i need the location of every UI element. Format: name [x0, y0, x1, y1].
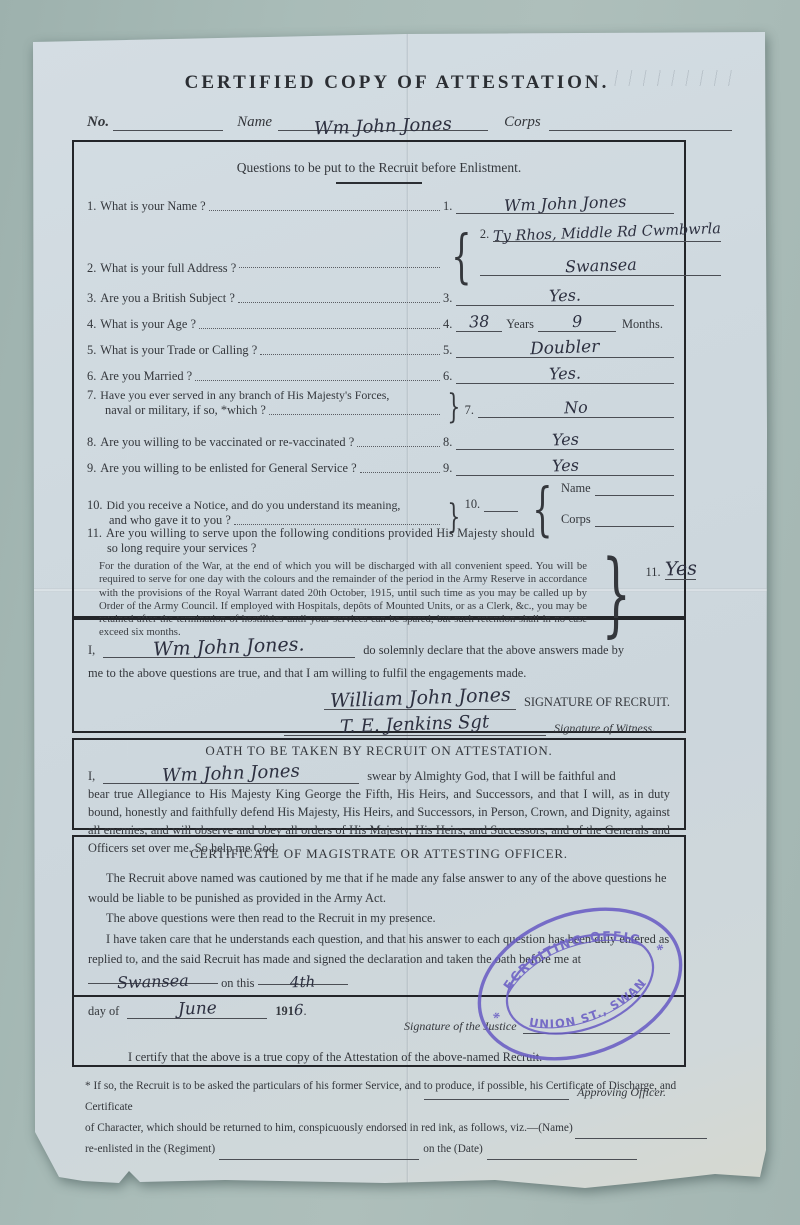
witness-sig-label: Signature of Witness. — [554, 721, 655, 736]
cert-day-value: 4th — [290, 970, 316, 995]
a1-value: Wm John Jones — [504, 192, 627, 215]
a2-line2: Swansea — [480, 256, 721, 276]
dotted-leader — [238, 302, 440, 303]
q6-text: Are you Married ? — [100, 369, 192, 384]
a10-number: 10. — [465, 497, 481, 512]
oath-name-value: Wm John Jones — [162, 761, 300, 787]
a10-name-label: Name — [561, 481, 591, 496]
cert-month-line: June — [127, 999, 267, 1019]
a1-number: 1. — [443, 199, 452, 214]
q10-text1: Did you receive a Notice, and do you und… — [107, 498, 401, 513]
day-of-label: day of — [88, 1004, 119, 1019]
on-this-label: on this — [221, 976, 254, 990]
decl-name-line: Wm John Jones. — [103, 636, 355, 658]
name-line: Wm John Jones — [278, 116, 488, 131]
page-title: CERTIFIED COPY OF ATTESTATION. — [25, 72, 769, 94]
footnote: * If so, the Recruit is to be asked the … — [85, 1076, 707, 1160]
a3-line: Yes. — [456, 286, 674, 306]
questions-section: Questions to be put to the Recruit befor… — [72, 140, 686, 618]
a11-value: Yes — [664, 557, 697, 580]
q6-number: 6. — [87, 369, 96, 384]
q8-number: 8. — [87, 435, 96, 450]
attestation-form-paper: CERTIFIED COPY OF ATTESTATION. No. Name … — [25, 30, 769, 1195]
question-row-1: 1.What is your Name ? 1.Wm John Jones — [87, 194, 674, 214]
dotted-leader — [360, 472, 440, 473]
dotted-leader — [209, 210, 440, 211]
a11-line: Yes — [665, 558, 697, 580]
dotted-leader — [260, 354, 440, 355]
q5-number: 5. — [87, 343, 96, 358]
a8-number: 8. — [443, 435, 452, 450]
footnote-line3b: on the (Date) — [423, 1139, 483, 1160]
dotted-leader — [195, 380, 440, 381]
a4-years-line: 38 — [456, 312, 502, 332]
witness-signature: T. E. Jenkins Sgt — [340, 711, 490, 737]
footnote-line3a: re-enlisted in the (Regiment) — [85, 1139, 215, 1160]
footnote-line1: * If so, the Recruit is to be asked the … — [85, 1076, 707, 1118]
q11-text2: so long require your services ? — [107, 541, 587, 556]
year-prefix: 191 — [275, 1004, 294, 1019]
a2-value1: Ty Rhos, Middle Rd Cwmbwrla — [493, 221, 721, 245]
a5-line: Doubler — [456, 338, 674, 358]
oath-name-line: Wm John Jones — [103, 763, 359, 784]
year-value: 6 — [294, 1001, 304, 1019]
q2-text: What is your full Address ? — [100, 261, 236, 276]
q7-text2: naval or military, if so, *which ? — [105, 403, 266, 418]
q1-text: What is your Name ? — [100, 199, 205, 214]
a5-number: 5. — [443, 343, 452, 358]
a2-line1: Ty Rhos, Middle Rd Cwmbwrla — [493, 225, 721, 242]
oath-text-after: swear by Almighty God, that I will be fa… — [367, 769, 615, 784]
a1-line: Wm John Jones — [456, 194, 674, 214]
q5-text: What is your Trade or Calling ? — [100, 343, 257, 358]
a6-line: Yes. — [456, 364, 674, 384]
decl-i-label: I, — [88, 643, 95, 658]
q1-number: 1. — [87, 199, 96, 214]
name-value: Wm John Jones — [314, 114, 452, 140]
question-row-9: 9.Are you willing to be enlisted for Gen… — [87, 456, 674, 476]
dotted-leader — [357, 446, 440, 447]
a5-value: Doubler — [530, 337, 600, 359]
no-line — [113, 116, 223, 131]
decl-name-value: Wm John Jones. — [153, 633, 305, 660]
oath-section: OATH TO BE TAKEN BY RECRUIT ON ATTESTATI… — [72, 738, 686, 830]
a3-number: 3. — [443, 291, 452, 306]
a7-number: 7. — [465, 403, 474, 418]
dotted-leader — [239, 267, 440, 268]
a10-corps-line — [595, 512, 674, 527]
q4-number: 4. — [87, 317, 96, 332]
q2-brace: { — [451, 227, 471, 285]
a9-value: Yes — [551, 456, 579, 476]
question-row-2: 2.What is your full Address ? { 2.Ty Rho… — [87, 216, 674, 276]
a4-months-value: 9 — [572, 312, 583, 331]
photo-background: CERTIFIED COPY OF ATTESTATION. No. Name … — [0, 0, 800, 1225]
recruit-signature: William John Jones — [329, 684, 510, 712]
q9-number: 9. — [87, 461, 96, 476]
a2-number: 2. — [480, 227, 489, 242]
question-row-10: 10.Did you receive a Notice, and do you … — [87, 480, 674, 528]
corps-label: Corps — [504, 114, 541, 131]
footnote-regiment-line — [219, 1145, 419, 1160]
dotted-leader — [199, 328, 440, 329]
a7-line: No — [478, 398, 674, 418]
a7-value: No — [564, 398, 588, 418]
question-row-3: 3.Are you a British Subject ? 3.Yes. — [87, 286, 674, 306]
cert-month-value: June — [178, 999, 217, 1020]
a9-number: 9. — [443, 461, 452, 476]
a3-value: Yes. — [549, 285, 582, 305]
cert-place-line: Swansea — [88, 969, 218, 984]
question-row-6: 6.Are you Married ? 6.Yes. — [87, 364, 674, 384]
heading-rule — [336, 182, 421, 184]
q3-text: Are you a British Subject ? — [100, 291, 235, 306]
q7-brace: } — [447, 390, 460, 424]
a10-name-line — [595, 481, 674, 496]
footnote-line2: of Character, which should be returned t… — [85, 1118, 573, 1139]
no-label: No. — [87, 114, 109, 131]
q7-text1: Have you ever served in any branch of Hi… — [100, 388, 389, 403]
corps-line — [549, 116, 732, 131]
dotted-leader — [234, 524, 440, 525]
oath-i-label: I, — [88, 769, 95, 784]
q10-number: 10. — [87, 498, 103, 513]
a11-number: 11. — [646, 565, 661, 580]
q3-number: 3. — [87, 291, 96, 306]
header-fields: No. Name Wm John Jones Corps — [87, 114, 732, 131]
footnote-name-line — [575, 1124, 707, 1139]
declaration-section: I, Wm John Jones. do solemnly declare th… — [72, 618, 686, 733]
q7-number: 7. — [87, 388, 96, 403]
questions-heading: Questions to be put to the Recruit befor… — [74, 160, 684, 176]
cert-day-line: 4th — [258, 970, 348, 985]
recruiting-office-stamp: RECRUITING OFFICE 14, UNION ST., SWANSEA… — [463, 898, 697, 1070]
stamp-star-right: * — [655, 941, 668, 959]
q4-text: What is your Age ? — [100, 317, 196, 332]
decl-text-line2: me to the above questions are true, and … — [88, 666, 670, 681]
a10-line — [484, 497, 518, 512]
question-row-8: 8.Are you willing to be vaccinated or re… — [87, 430, 674, 450]
months-label: Months. — [622, 317, 663, 332]
a6-value: Yes. — [549, 363, 582, 383]
certificate-heading: CERTIFICATE OF MAGISTRATE OR ATTESTING O… — [74, 846, 684, 862]
a10-corps-label: Corps — [561, 512, 591, 527]
question-row-7: 7.Have you ever served in any branch of … — [87, 388, 674, 418]
stamp-star-left: * — [491, 1009, 504, 1027]
name-label: Name — [237, 114, 272, 131]
q8-text: Are you willing to be vaccinated or re-v… — [100, 435, 354, 450]
footnote-date-line — [487, 1145, 637, 1160]
cert-place-value: Swansea — [117, 968, 190, 996]
q11-text1: Are you willing to serve upon the follow… — [106, 526, 535, 541]
q2-number: 2. — [87, 261, 96, 276]
question-row-5: 5.What is your Trade or Calling ? 5.Doub… — [87, 338, 674, 358]
a4-years-value: 38 — [469, 312, 490, 332]
years-label: Years — [506, 317, 534, 332]
oath-heading: OATH TO BE TAKEN BY RECRUIT ON ATTESTATI… — [74, 743, 684, 759]
a8-value: Yes — [551, 430, 579, 450]
question-row-4: 4.What is your Age ? 4. 38 Years 9 Month… — [87, 312, 674, 332]
a2-value2: Swansea — [564, 255, 636, 276]
decl-text-after: do solemnly declare that the above answe… — [363, 643, 624, 658]
q9-text: Are you willing to be enlisted for Gener… — [100, 461, 356, 476]
a6-number: 6. — [443, 369, 452, 384]
a8-line: Yes — [456, 430, 674, 450]
a4-number: 4. — [443, 317, 452, 332]
recruit-signature-line: William John Jones — [324, 687, 516, 710]
dotted-leader — [269, 414, 440, 415]
a4-months-line: 9 — [538, 312, 616, 332]
a9-line: Yes — [456, 456, 674, 476]
witness-signature-line: T. E. Jenkins Sgt — [284, 714, 546, 736]
recruit-sig-label: SIGNATURE OF RECRUIT. — [524, 695, 670, 710]
q11-number: 11. — [87, 526, 102, 541]
